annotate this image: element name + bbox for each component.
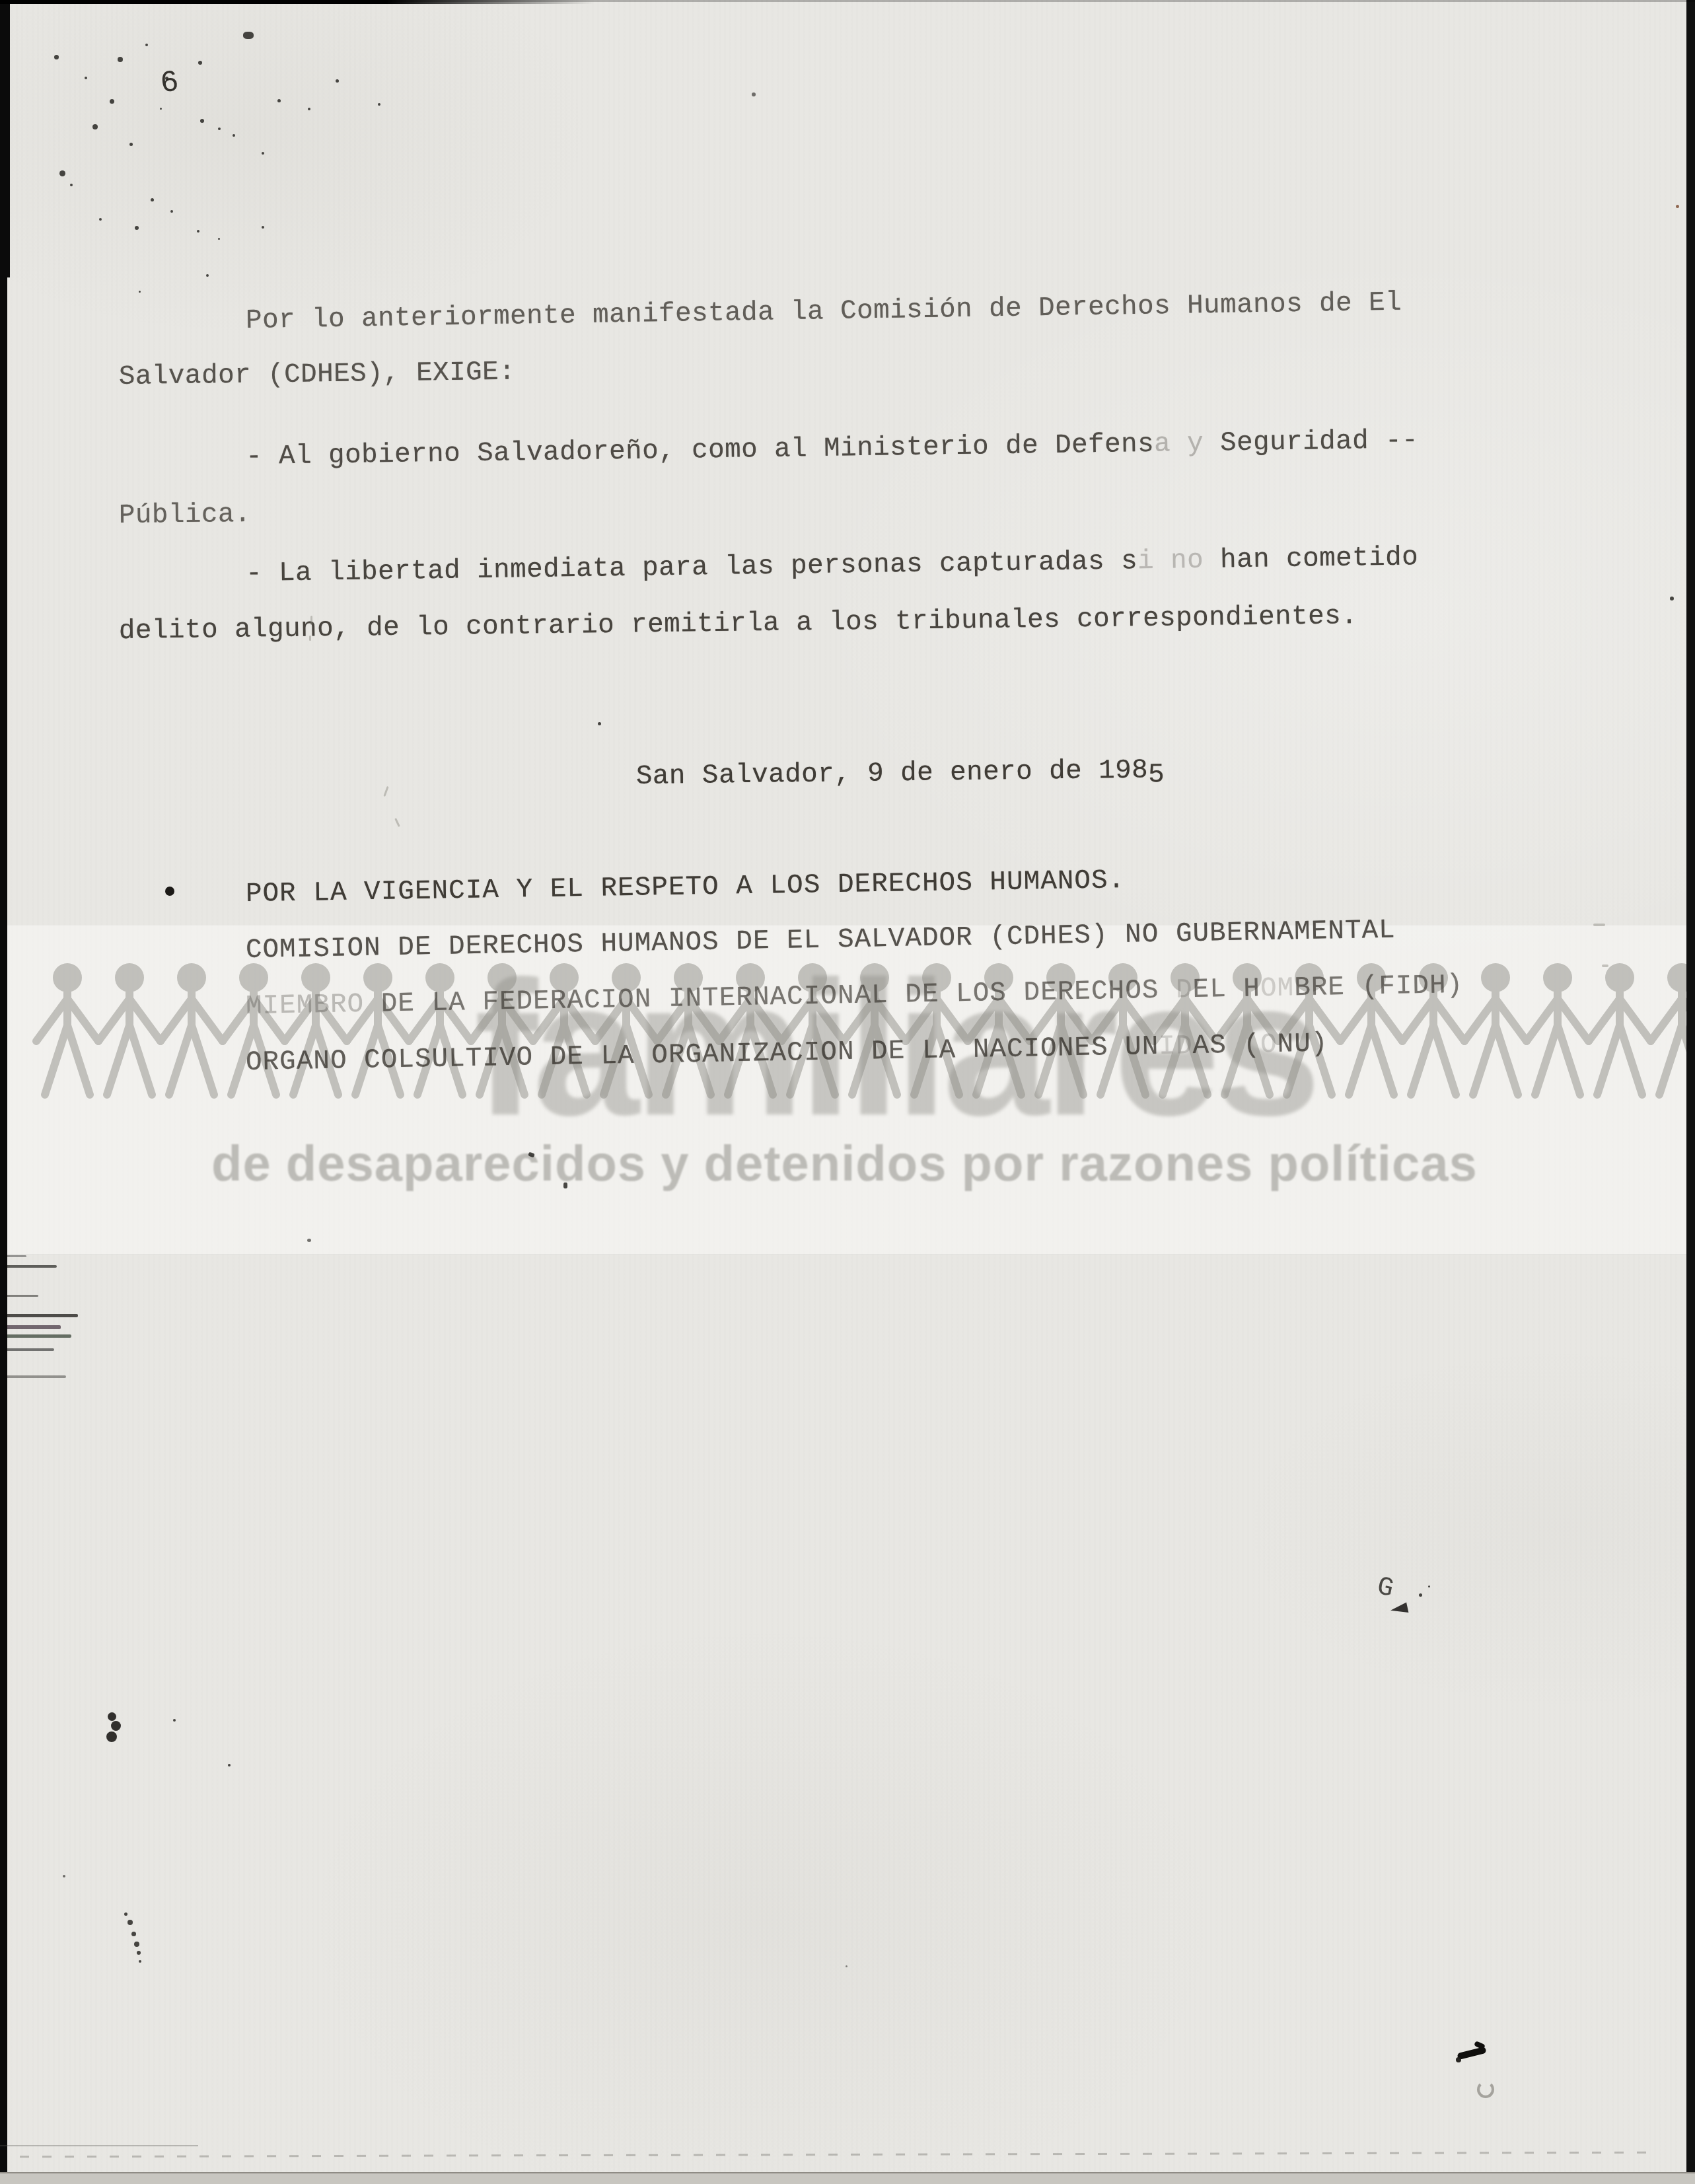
ink-speckle	[563, 1183, 567, 1188]
ink-speckle	[206, 274, 209, 277]
ink-speckle	[262, 226, 264, 229]
ink-streak	[134, 1942, 139, 1947]
ink-speckle	[243, 32, 254, 39]
ink-speckle	[228, 1764, 231, 1766]
line-segment: San Salvador, 9 de enero de 198	[636, 756, 1149, 792]
ink-speckle	[233, 134, 235, 137]
ink-speckle	[59, 170, 65, 176]
faded-segment: D	[1176, 975, 1193, 1005]
ink-speckle	[160, 108, 162, 110]
ink-blob	[108, 1712, 116, 1721]
line-segment: NU)	[1277, 1029, 1328, 1060]
pencil-mark	[1602, 965, 1608, 967]
scan-edge-right	[1686, 0, 1695, 2184]
ink-blob	[111, 1721, 121, 1731]
ink-speckle	[598, 722, 601, 725]
scan-edge-bottom	[0, 2172, 1695, 2184]
ink-speckle	[218, 238, 220, 240]
ink-speckle	[262, 152, 264, 155]
ink-speckle	[63, 1875, 65, 1877]
line-segment: - Al gobierno Salvadoreño, como al Minis…	[246, 429, 1155, 472]
faded-segment: OM	[1260, 973, 1295, 1004]
body-line-5: - La libertad inmediata para las persona…	[246, 542, 1419, 591]
ink-speckle	[277, 99, 281, 102]
scan-streak	[0, 1334, 71, 1338]
watermark-subtitle: de desaparecidos y detenidos por razones…	[211, 1136, 1478, 1192]
scan-edge-top	[0, 0, 1695, 2]
faded-segment: a y	[1154, 429, 1204, 460]
line-segment: Seguridad --	[1204, 425, 1419, 459]
pencil-mark	[310, 616, 312, 625]
scan-edge-left	[0, 0, 10, 277]
scan-streak	[0, 1375, 66, 1378]
ink-speckle	[198, 61, 202, 65]
ink-speckle	[145, 44, 148, 46]
ink-speckle	[170, 210, 173, 213]
ink-speckle	[151, 198, 154, 201]
scan-streak	[0, 1265, 57, 1268]
ink-speckle	[92, 124, 98, 129]
scan-streak	[0, 1314, 78, 1317]
body-line-2: Salvador (CDHES), EXIGE:	[119, 357, 516, 394]
ink-blob	[106, 1731, 117, 1742]
ink-speckle	[197, 230, 199, 233]
ink-speckle	[378, 103, 380, 106]
ink-speckle	[308, 108, 310, 110]
ink-streak	[137, 1951, 141, 1955]
ink-speckle	[135, 226, 139, 230]
scan-edge-left	[0, 0, 7, 2184]
date-line: San Salvador, 9 de enero de 1985	[636, 754, 1165, 793]
line-segment: EL H	[1192, 974, 1260, 1005]
faded-segment: i no	[1137, 546, 1204, 577]
ink-speckle	[99, 218, 102, 221]
ink-speckle	[139, 291, 141, 293]
ink-streak	[124, 1912, 127, 1916]
ink-speckle	[846, 1965, 847, 1967]
ink-speckle	[1428, 1585, 1430, 1587]
line-segment: BRE (FIDH)	[1294, 970, 1464, 1003]
pencil-mark	[1593, 924, 1605, 926]
body-line-1: Por lo anteriormente manifestada la Comi…	[246, 287, 1402, 338]
faded-segment: MIEMBRO	[246, 990, 365, 1022]
ink-speckle	[54, 55, 59, 59]
faded-segment: ID	[1159, 1031, 1193, 1062]
ink-speckle	[1676, 205, 1679, 208]
slogan-line: POR LA VIGENCIA Y EL RESPETO A LOS DEREC…	[246, 865, 1126, 911]
ink-speckle	[118, 57, 123, 62]
corner-number-mark: 6	[159, 65, 182, 101]
ink-speckle	[1456, 2057, 1461, 2062]
body-line-3: - Al gobierno Salvadoreño, como al Minis…	[246, 425, 1419, 474]
body-line-4: Pública.	[119, 499, 252, 532]
scratch-line	[20, 2152, 1658, 2158]
scanned-document-page: familiares de desaparecidos y detenidos …	[0, 0, 1695, 2184]
ink-speckle	[129, 143, 133, 146]
pencil-mark	[394, 818, 400, 827]
ink-speckle	[110, 99, 114, 104]
pencil-mark	[383, 786, 388, 797]
scan-streak	[0, 1325, 61, 1329]
ink-speckle	[85, 77, 87, 79]
margin-letter-mark: G	[1375, 1572, 1396, 1605]
ink-streak	[139, 1960, 141, 1963]
body-line-6: delito alguno, de lo contrario remitirla…	[119, 601, 1358, 648]
ink-speckle	[336, 79, 339, 83]
ink-speckle	[173, 1719, 176, 1722]
ink-speckle	[752, 92, 756, 96]
ink-speckle	[70, 184, 73, 186]
line-segment: han cometido	[1204, 542, 1419, 576]
line-segment: - La libertad inmediata para las persona…	[246, 546, 1138, 589]
dropped-digit: 5	[1148, 759, 1165, 791]
ink-speckle	[218, 127, 221, 130]
scratch-line	[0, 2145, 198, 2146]
pencil-mark	[309, 636, 311, 641]
ink-streak	[127, 1920, 133, 1925]
ink-speckle	[1419, 1593, 1422, 1597]
ink-streak	[131, 1932, 136, 1936]
ink-speckle	[200, 119, 204, 123]
bullet-dot	[165, 887, 174, 896]
arrow-ink-mark	[1390, 1602, 1409, 1616]
ink-arc-mark	[1477, 2081, 1494, 2098]
scan-streak	[0, 1348, 54, 1351]
faded-segment: O	[1260, 1030, 1278, 1060]
ink-speckle	[307, 1239, 311, 1242]
ink-speckle	[1670, 597, 1674, 601]
line-segment: AS (	[1192, 1030, 1260, 1062]
